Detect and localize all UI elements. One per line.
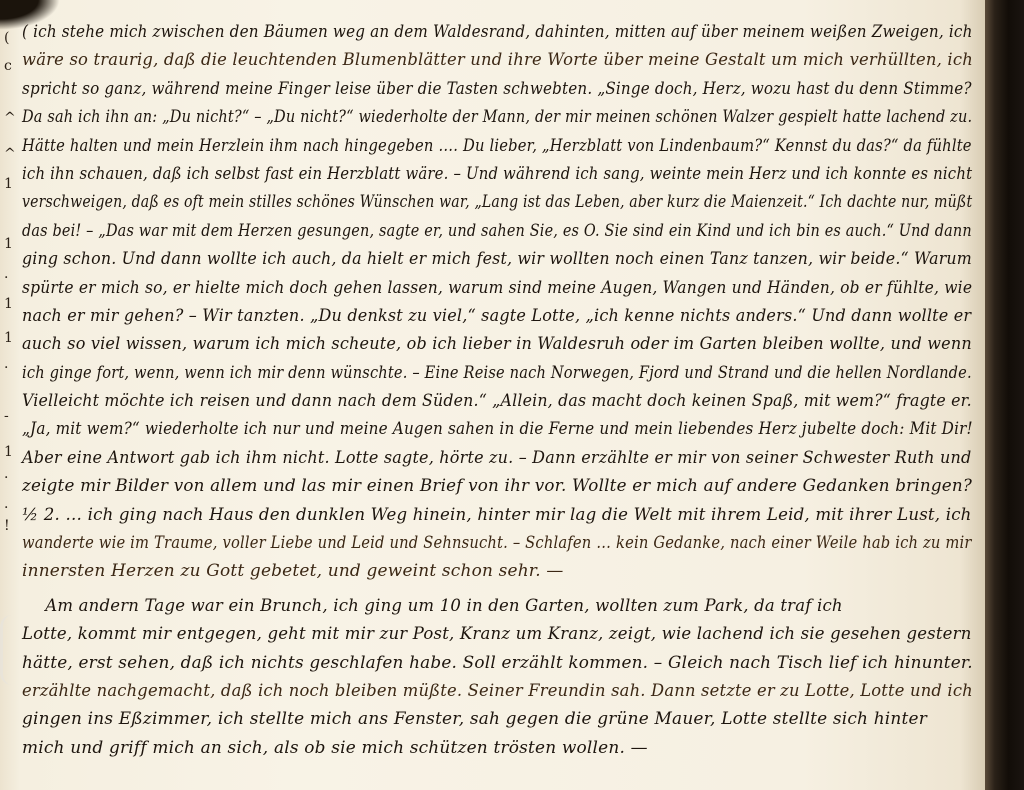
margin-mark: ·	[4, 270, 8, 286]
text-line: Aber eine Antwort gab ich ihm nicht. Lot…	[22, 444, 922, 472]
text-line: spürte er mich so, er hielte mich doch g…	[22, 274, 892, 302]
margin-mark: 1	[4, 236, 13, 252]
margin-mark: !	[4, 518, 10, 534]
text-line: „Ja, mit wem?“ wiederholte ich nur und m…	[22, 415, 877, 443]
text-line: Hätte halten und mein Herzlein ihm nach …	[22, 132, 849, 160]
text-line: Da sah ich ihn an: „Du nicht?“ – „Du nic…	[22, 103, 836, 131]
text-line: nach er mir gehen? – Wir tanzten. „Du de…	[22, 302, 923, 330]
margin-mark: 1	[4, 296, 13, 312]
margin-mark: 1	[4, 444, 13, 460]
text-line: auch so viel wissen, warum ich mich sche…	[22, 330, 924, 358]
margin-mark: c	[4, 58, 12, 74]
margin-mark: ·	[4, 360, 8, 376]
margin-mark: ^	[4, 146, 16, 162]
text-line: Am andern Tage war ein Brunch, ich ging …	[22, 592, 948, 620]
margin-mark: 1	[4, 330, 13, 346]
text-line: zeigte mir Bilder von allem und las mir …	[22, 472, 962, 500]
text-line: spricht so ganz, während meine Finger le…	[22, 75, 873, 103]
book-binding-edge	[985, 0, 1024, 790]
text-line: das bei! – „Das war mit dem Herzen gesun…	[22, 217, 833, 245]
diary-page: ( c ^ ^ 1 1 · 1 1 · - 1 · · ! ( ich steh…	[0, 0, 985, 790]
handwritten-text: ( ich stehe mich zwischen den Bäumen weg…	[22, 18, 977, 762]
text-line: wanderte wie im Traume, voller Liebe und…	[22, 529, 848, 557]
text-line: hätte, erst sehen, daß ich nichts geschl…	[22, 649, 968, 677]
text-line: verschweigen, daß es oft mein stilles sc…	[22, 188, 812, 216]
text-line: ich ihn schauen, daß ich selbst fast ein…	[22, 160, 858, 188]
margin-mark: ^	[4, 110, 16, 126]
text-line: ( ich stehe mich zwischen den Bäumen weg…	[22, 18, 875, 46]
text-line: Lotte, kommt mir entgegen, geht mit mir …	[22, 620, 948, 648]
text-line: ging schon. Und dann wollte ich auch, da…	[22, 245, 910, 273]
text-line: wäre so traurig, daß die leuchtenden Blu…	[22, 46, 942, 74]
text-line: gingen ins Eßzimmer, ich stellte mich an…	[22, 705, 972, 733]
text-line: ich ginge fort, wenn, wenn ich mir denn …	[22, 359, 842, 387]
text-line: mich und griff mich an sich, als ob sie …	[22, 734, 972, 762]
text-line: innersten Herzen zu Gott gebetet, und ge…	[22, 557, 972, 585]
text-line: erzählte nachgemacht, daß ich noch bleib…	[22, 677, 939, 705]
margin-mark: -	[4, 408, 9, 424]
text-line: Vielleicht möchte ich reisen und dann na…	[22, 387, 908, 415]
text-line: ½ 2. … ich ging nach Haus den dunklen We…	[22, 501, 953, 529]
margin-mark: ·	[4, 500, 8, 516]
margin-mark: 1	[4, 176, 13, 192]
margin-mark: ·	[4, 470, 8, 486]
margin-mark: (	[4, 30, 9, 46]
